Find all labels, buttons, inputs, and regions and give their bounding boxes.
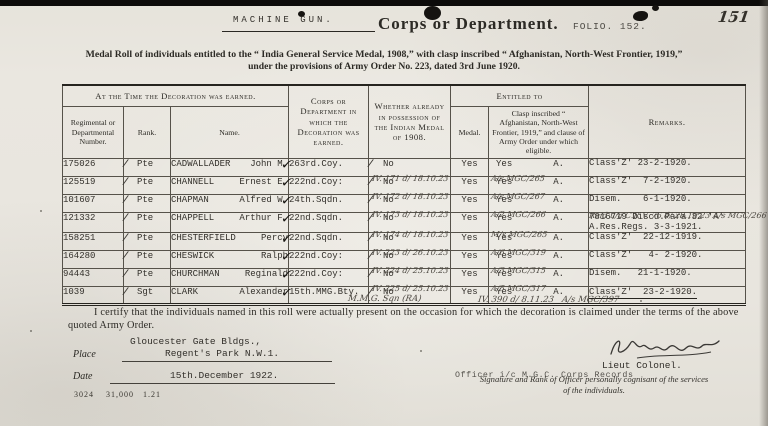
cell-remarks: Class'Z' 23-2-1920. — [589, 158, 746, 176]
table-row: 175026/PteCADWALLADERJohn M.✓263rd.Coy./… — [63, 158, 746, 176]
cell-medal: Yes — [451, 232, 489, 250]
officer-rank: Lieut Colonel. — [602, 360, 682, 371]
column-header-remarks: Remarks. — [589, 85, 746, 158]
signature-caption-line1: Signature and Rank of Officer personally… — [428, 374, 760, 385]
handwritten-roll-reference: IV. 390 d/ 8.11.23 A/s MGC/397 — [477, 295, 619, 305]
handwritten-unit-note: M.M.G. Sqn (RA) — [347, 294, 422, 304]
signature-caption: Signature and Rank of Officer personally… — [428, 374, 760, 396]
cell-clasp: YesA.A/s MGC/265 — [489, 158, 589, 176]
scan-speck — [30, 330, 32, 332]
date-underline — [110, 383, 335, 384]
cell-regimental-number: 158251 — [63, 232, 124, 250]
cell-rank: /Pte — [124, 268, 171, 286]
cell-corps: ✓263rd.Coy. — [289, 158, 369, 176]
tick-mark-icon: / — [121, 232, 129, 245]
column-header-number: Regimental or Departmental Number. — [63, 107, 124, 159]
page-number: 151 — [717, 8, 751, 26]
cell-medal: Yes — [451, 212, 489, 232]
ink-blot — [633, 11, 648, 21]
tick-mark-icon: / — [121, 158, 129, 171]
check-mark-icon: ✓ — [281, 154, 292, 174]
handwritten-note: Reid u/a C.R.V. 76 d/ 28.10.23 A/s MGC/2… — [588, 212, 767, 220]
cell-medal: Yes — [451, 194, 489, 212]
cell-possession: /NoIV. 171 d/ 18.10.23 — [369, 158, 451, 176]
tick-mark-icon: / — [121, 286, 129, 299]
column-header-corps: Corps or Department in which the Decorat… — [289, 85, 369, 158]
cell-corps: ✓22nd.Sqdn. — [289, 232, 369, 250]
handwritten-note: IV. 173 d/ 18.10.23 — [371, 211, 449, 219]
check-mark-icon: ✓ — [281, 190, 292, 210]
cell-corps: ✓24th.Sqdn. — [289, 194, 369, 212]
handwritten-note: A/2 MGC/266 — [490, 211, 546, 219]
column-header-name: Name. — [171, 107, 289, 159]
roll-title-line2: under the provisions of Army Order No. 2… — [0, 61, 768, 74]
surname: CHURCHMAN — [171, 269, 220, 279]
handwritten-note: A/s MGC/267 — [490, 193, 545, 201]
cell-rank: /Pte — [124, 212, 171, 232]
cell-name: CHANNELLErnest E. — [171, 176, 289, 194]
check-mark-icon: ✓ — [281, 208, 292, 228]
cell-name: CHURCHMANReginald — [171, 268, 289, 286]
handwritten-note: IV. 174 d/ 18.10.23 — [371, 231, 449, 239]
cell-name: CLARKAlexander — [171, 286, 289, 304]
cell-corps: ✓222nd.Coy: — [289, 176, 369, 194]
cell-regimental-number: 101607 — [63, 194, 124, 212]
place-line1: Gloucester Gate Bldgs., — [130, 336, 261, 347]
surname: CHESWICK — [171, 251, 214, 261]
cell-rank: /Pte — [124, 232, 171, 250]
cell-regimental-number: 175026 — [63, 158, 124, 176]
stamp-underline — [222, 31, 375, 32]
surname: CHAPMAN — [171, 195, 209, 205]
handwritten-note: IV. 225 d/ 25.10.23 — [371, 285, 449, 293]
tick-mark-icon: / — [366, 158, 374, 171]
date-value: 15th.December 1922. — [170, 370, 278, 381]
cell-name: CHESTERFIELDPercy — [171, 232, 289, 250]
check-mark-icon: ✓ — [281, 264, 292, 284]
cell-corps: ✓22nd.Sqdn. — [289, 212, 369, 232]
handwritten-note: IV. 171 d/ 18.10.23 — [371, 175, 449, 183]
handwritten-note: M/s MGC/265 — [490, 231, 547, 239]
column-header-medal: Medal. — [451, 107, 489, 159]
place-line2: Regent's Park N.W.1. — [165, 348, 279, 359]
cell-rank: /Pte — [124, 194, 171, 212]
machine-gun-stamp: MACHINE GUN. — [233, 15, 334, 25]
scan-speck — [420, 350, 422, 352]
surname: CHAPPELL — [171, 213, 214, 223]
scan-speck — [40, 210, 42, 212]
printers-code: 3024 31,000 1.21 — [74, 390, 161, 399]
place-label: Place — [73, 349, 96, 360]
cell-corps: ✓222nd.Coy: — [289, 268, 369, 286]
tick-mark-icon: / — [121, 250, 129, 263]
roll-title: Medal Roll of individuals entitled to th… — [0, 48, 768, 74]
surname: CHESTERFIELD — [171, 233, 236, 243]
surname: CHANNELL — [171, 177, 214, 187]
certification-paragraph: I certify that the individuals named in … — [68, 306, 744, 332]
column-header-clasp: Clasp inscribed “ Afghanistan, North-Wes… — [489, 107, 589, 159]
folio-number: FOLIO. 152. — [573, 21, 647, 32]
handwritten-note: A/3 MGC/315 — [490, 267, 546, 275]
handwritten-note: IV. 224 d/ 25.10.23 — [371, 267, 449, 275]
cell-remarks: Disem. 6-1-1920.Reid u/a C.R.V. 76 d/ 28… — [589, 194, 746, 212]
tick-mark-icon: / — [121, 212, 129, 225]
cell-medal: Yes — [451, 250, 489, 268]
cell-regimental-number: 94443 — [63, 268, 124, 286]
date-label: Date — [73, 371, 92, 382]
cell-rank: /Pte — [124, 158, 171, 176]
tick-mark-icon: / — [121, 268, 129, 281]
cell-remarks: Class'Z' 4- 2-1920. — [589, 250, 746, 268]
cell-rank: /Pte — [124, 176, 171, 194]
group-header-earned: At the Time the Decoration was earned. — [63, 85, 289, 107]
cell-name: CHESWICKRalph — [171, 250, 289, 268]
medal-roll-table: At the Time the Decoration was earned. C… — [62, 84, 746, 306]
tick-mark-icon: / — [121, 176, 129, 189]
cell-rank: /Pte — [124, 250, 171, 268]
cell-medal: Yes — [451, 268, 489, 286]
check-mark-icon: ✓ — [281, 282, 292, 302]
cell-name: CADWALLADERJohn M. — [171, 158, 289, 176]
check-mark-icon: ✓ — [281, 228, 292, 248]
place-underline — [122, 361, 332, 362]
cell-remarks: Disem. 21-1-1920. — [589, 268, 746, 286]
handwritten-note: A/5 MGC/317 — [490, 285, 546, 293]
cell-regimental-number: 121332 — [63, 212, 124, 232]
handwritten-note: IV. 172 d/ 18.10.23 — [371, 193, 449, 201]
scanned-medal-roll-page: { "colors": {"paper": "#e9e6df", "ink": … — [0, 0, 768, 426]
cell-remarks: Class'Z' 7-2-1920. — [589, 176, 746, 194]
surname: CADWALLADER — [171, 159, 230, 169]
medal-roll-body: 175026/PteCADWALLADERJohn M.✓263rd.Coy./… — [63, 158, 746, 304]
cell-medal: Yes — [451, 176, 489, 194]
group-header-entitled: Entitled to — [451, 85, 589, 107]
cell-regimental-number: 1039 — [63, 286, 124, 304]
cell-regimental-number: 125519 — [63, 176, 124, 194]
ink-blot — [652, 5, 659, 11]
cell-medal: Yes — [451, 158, 489, 176]
cell-rank: /Sgt — [124, 286, 171, 304]
corps-heading: Corps or Department. — [378, 14, 559, 34]
roll-title-line1: Medal Roll of individuals entitled to th… — [0, 48, 768, 61]
cell-regimental-number: 164280 — [63, 250, 124, 268]
cell-name: CHAPPELLArthur F. — [171, 212, 289, 232]
cell-remarks: Class'Z' 22-12-1919. — [589, 232, 746, 250]
handwritten-note: A/6 MGC/319 — [490, 249, 546, 257]
column-header-rank: Rank. — [124, 107, 171, 159]
column-header-possession: Whether already in possession of the Ind… — [369, 85, 451, 158]
handwritten-note: IV. 223 d/ 26.10.23 — [371, 249, 449, 257]
signature-caption-line2: of the individuals. — [428, 385, 760, 396]
check-mark-icon: ✓ — [281, 246, 292, 266]
surname: CLARK — [171, 287, 198, 297]
check-mark-icon: ✓ — [281, 172, 292, 192]
cell-corps: ✓222nd.Coy: — [289, 250, 369, 268]
cell-name: CHAPMANAlfred W. — [171, 194, 289, 212]
tick-mark-icon: / — [121, 194, 129, 207]
handwritten-note: A/s MGC/265 — [490, 175, 545, 183]
